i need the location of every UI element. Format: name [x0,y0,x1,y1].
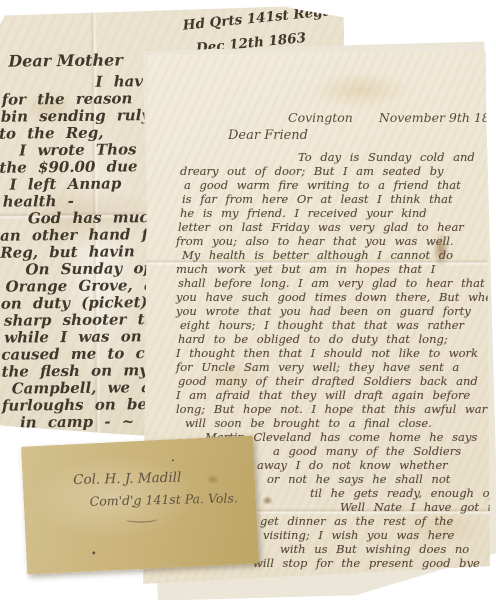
photo-background: Hd Qrts 141st Regt P.V. Dec 12th 1863 De… [0,0,496,600]
envelope-address-line1: Col. H. J. Madill [73,468,237,488]
envelope-speck [92,551,95,554]
handwritten-line: My health is better although I cannot do [176,248,486,262]
handwritten-line: will soon be brought to a final close. [176,416,486,430]
handwritten-line: is far from here Or at least I think tha… [176,192,486,206]
handwritten-line: hard to be obliged to do duty that long; [176,332,486,346]
left-letter-header-line1: Hd Qrts 141st Regt P.V. [182,1,359,34]
handwritten-line: I thought then that I should not like to… [176,346,486,360]
handwritten-line: you have such good times down there, But… [176,290,486,304]
handwritten-line: much work yet but am in hopes that I [176,262,486,276]
handwritten-line: shall before long. I am very glad to hea… [176,276,486,290]
heading-date: November 9th 1862 [379,110,496,125]
envelope-address-line2: Com'd'g 141st Pa. Vols. [90,490,238,508]
heading-place: Covington [288,110,353,125]
left-letter-salutation: Dear Mother [8,50,123,70]
handwritten-line: you wrote that you had been on guard for… [176,304,486,318]
handwritten-line: good many of their drafted Soldiers back… [176,374,486,388]
envelope-speck [172,459,174,461]
envelope-address: Col. H. J. Madill Com'd'g 141st Pa. Vols… [73,468,238,524]
handwritten-line: he is my friend. I received your kind [176,206,486,220]
envelope-flourish [126,515,158,523]
handwritten-line: for Uncle Sam very well; they have sent … [176,360,486,374]
handwritten-line: I am afraid that they will draft again b… [176,388,486,402]
handwritten-line: dreary out of door; But I am seated by [176,164,486,178]
handwritten-line: eight hours; I thought that that was rat… [176,318,486,332]
envelope: Col. H. J. Madill Com'd'g 141st Pa. Vols… [21,435,259,574]
handwritten-line: To day is Sunday cold and [176,150,486,164]
handwritten-line: letter on last Friday was very glad to h… [176,220,486,234]
handwritten-line: a good warm fire writing to a friend tha… [176,178,486,192]
handwritten-line: from you; also to hear that you was well… [176,234,486,248]
main-letter-heading: CovingtonNovember 9th 1862 [288,110,496,125]
main-letter-salutation: Dear Friend [228,128,308,143]
envelope-speck [132,505,134,507]
handwritten-line: long; But hope not. I hope that this awf… [176,402,486,416]
